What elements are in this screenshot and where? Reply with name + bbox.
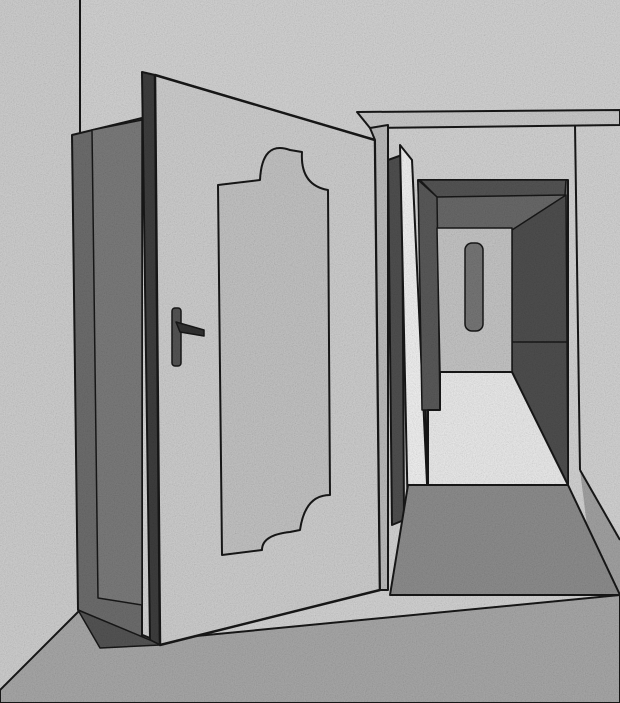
corridor-left-wall	[418, 180, 440, 410]
door-handle-plate	[172, 308, 181, 366]
door-panel	[218, 148, 330, 555]
far-door-handle-icon	[465, 243, 483, 331]
sketch-canvas	[0, 0, 620, 703]
doorway-frame	[357, 110, 620, 128]
corridor-ceiling	[420, 180, 566, 197]
door-corridor-drawing	[0, 0, 620, 703]
